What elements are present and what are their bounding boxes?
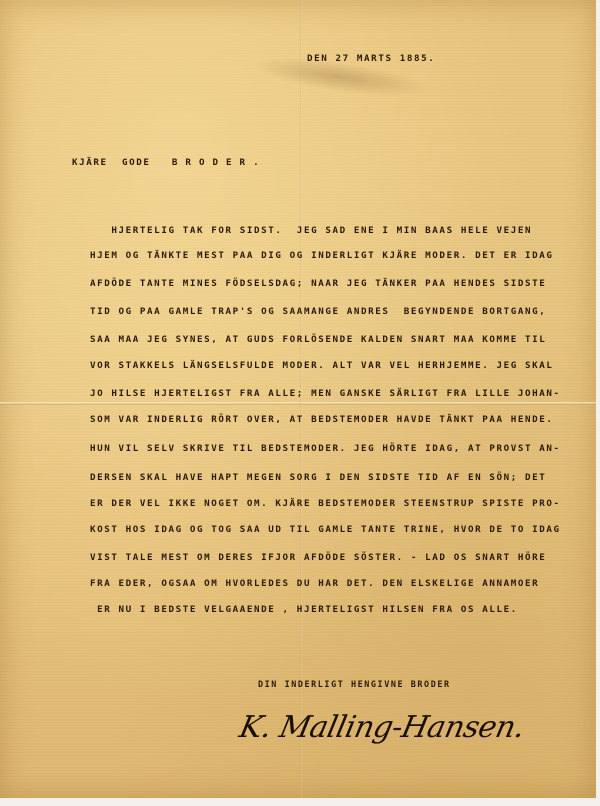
- date-line: DEN 27 MARTS 1885.: [307, 53, 435, 64]
- body-line: ER NU I BEDSTE VELGAAENDE , HJERTELIGST …: [90, 604, 518, 615]
- body-line: AFDÖDE TANTE MINES FÖDSELSDAG; NAAR JEG …: [90, 278, 546, 289]
- closing-line: DIN INDERLIGT HENGIVNE BRODER: [258, 679, 451, 689]
- horizontal-fold-line: [0, 402, 596, 405]
- body-line: KOST HOS IDAG OG TOG SAA UD TIL GAMLE TA…: [90, 524, 561, 535]
- scan-border: [0, 798, 600, 806]
- salutation-spaced-word: BRODER.: [172, 157, 267, 168]
- body-line: HJERTELIG TAK FOR SIDST. JEG SAD ENE I M…: [90, 225, 532, 236]
- salutation-word: GODE: [122, 157, 151, 168]
- body-line: VOR STAKKELS LÄNGSELSFULDE MODER. ALT VA…: [90, 360, 554, 371]
- body-line: SOM VAR INDERLIG RÖRT OVER, AT BEDSTEMOD…: [90, 414, 554, 425]
- body-line: VIST TALE MEST OM DERES IFJOR AFDÖDE SÖS…: [90, 552, 546, 563]
- body-line: FRA EDER, OGSAA OM HVORLEDES DU HAR DET.…: [90, 578, 539, 589]
- body-line: ER DER VEL IKKE NOGET OM. KJÄRE BEDSTEMO…: [90, 498, 561, 509]
- body-line: JO HILSE HJERTELIGST FRA ALLE; MEN GANSK…: [90, 388, 561, 399]
- salutation: KJÄRE GODE BRODER.: [72, 157, 267, 168]
- body-line: HUN VIL SELV SKRIVE TIL BEDSTEMODER. JEG…: [90, 443, 561, 454]
- handwritten-signature: K. Malling-Hansen.: [236, 710, 527, 745]
- body-line: TID OG PAA GAMLE TRAP'S OG SAAMANGE ANDR…: [90, 306, 546, 317]
- body-line: SAA MAA JEG SYNES, AT GUDS FORLÖSENDE KA…: [90, 334, 546, 345]
- scan-border: [596, 0, 600, 806]
- salutation-word: KJÄRE: [72, 157, 108, 168]
- body-line: DERSEN SKAL HAVE HAPT MEGEN SORG I DEN S…: [90, 472, 546, 483]
- body-line: HJEM OG TÄNKTE MEST PAA DIG OG INDERLIGT…: [90, 250, 554, 261]
